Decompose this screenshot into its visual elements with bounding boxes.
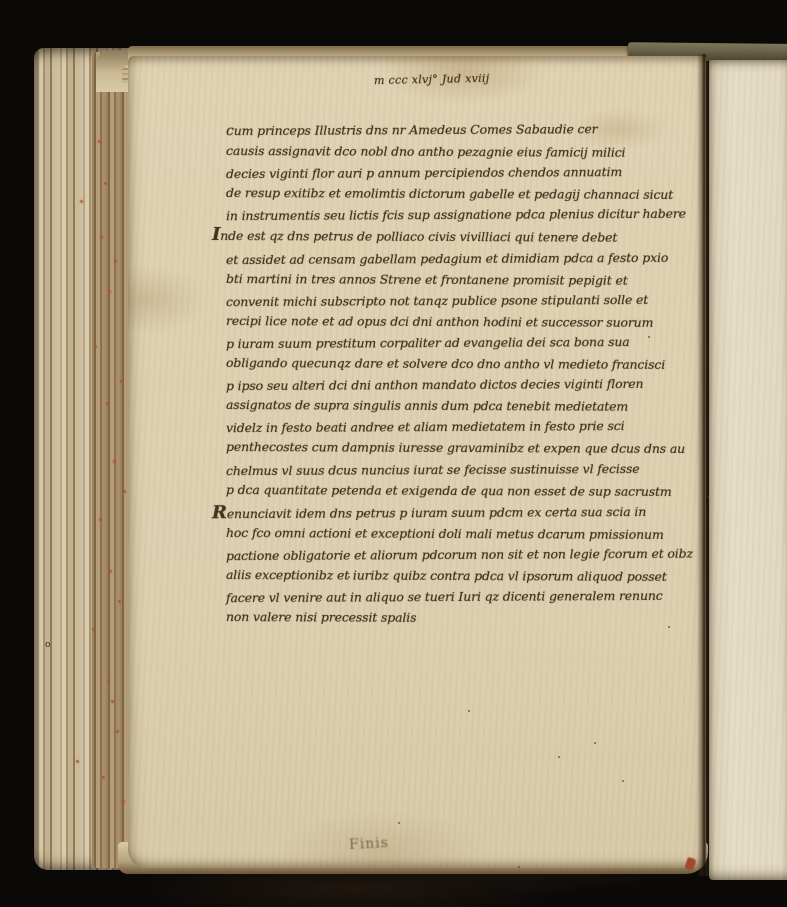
manuscript-text-line: in instrumentis seu lictis fcis sup assi… <box>212 203 692 227</box>
book-photo: m ccc xlvj° Jud xviij cum princeps Illus… <box>0 0 787 907</box>
facing-page-edge <box>709 60 787 880</box>
manuscript-text-line: bti martini in tres annos Strene et fron… <box>212 268 692 291</box>
manuscript-text-line: chelmus vl suus dcus nuncius iurat se fe… <box>212 457 692 481</box>
manuscript-text-line: recipi lice note et ad opus dci dni anth… <box>212 310 692 333</box>
manuscript-text-line: de resup exitibz et emolimtis dictorum g… <box>212 182 692 205</box>
red-stain-speckles <box>98 140 101 143</box>
footer-finis-note: Finis <box>349 835 390 853</box>
text-block: cum princeps Illustris dns nr Amedeus Co… <box>212 119 692 628</box>
manuscript-text-line: causis assignavit dco nobl dno antho pez… <box>212 140 692 163</box>
manuscript-text-line: Renunciavit idem dns petrus p iuram suum… <box>212 499 692 524</box>
manuscript-text-line: decies viginti flor auri p annum percipi… <box>212 161 692 185</box>
margin-mark: o <box>45 640 50 650</box>
manuscript-text-line: pactione obligatorie et aliorum pdcorum … <box>212 543 692 567</box>
manuscript-text-line: aliis exceptionibz et iuribz quibz contr… <box>212 564 692 587</box>
manuscript-text-line: facere vl venire aut in aliquo se tueri … <box>212 585 692 609</box>
manuscript-text-line: Inde est qz dns petrus de polliaco civis… <box>212 224 692 248</box>
header-inscription: m ccc xlvj° Jud xviij <box>374 72 490 87</box>
manuscript-text-line: p ipso seu alteri dci dni anthon mandato… <box>212 373 692 397</box>
manuscript-text-line: et assidet ad censam gabellam pedagium e… <box>212 246 692 270</box>
manuscript-text-line: hoc fco omni actioni et exceptioni doli … <box>212 522 692 545</box>
manuscript-text-line: p dca quantitate petenda et exigenda de … <box>212 479 692 502</box>
manuscript-text-line: non valere nisi precessit spalis <box>212 606 692 629</box>
dust-specks <box>558 756 560 758</box>
manuscript-text-line: p iuram suum prestitum corpaliter ad eva… <box>212 331 692 355</box>
manuscript-text-line: convenit michi subscripto not tanqz publ… <box>212 288 692 312</box>
manuscript-text-line: obligando quecunqz dare et solvere dco d… <box>212 352 692 375</box>
manuscript-text-line: videlz in festo beati andree et aliam me… <box>212 415 692 439</box>
manuscript-text-line: assignatos de supra singulis annis dum p… <box>212 394 692 417</box>
manuscript-text-line: cum princeps Illustris dns nr Amedeus Co… <box>212 118 692 143</box>
manuscript-text-line: penthecostes cum dampnis iuresse gravami… <box>212 436 692 459</box>
